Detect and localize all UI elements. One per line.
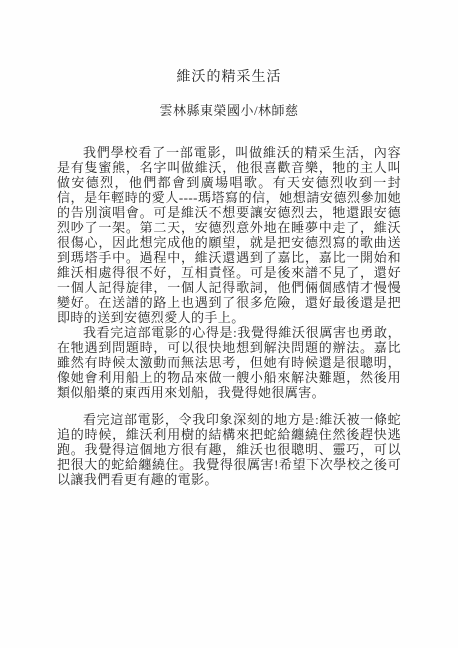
essay-body: 我們學校看了一部電影，叫做維沃的精采生活，內容是有隻蜜熊，名字叫做維沃，他很喜歡… — [57, 145, 401, 487]
essay-title: 維沃的精采生活 — [57, 66, 401, 86]
essay-paragraph-3: 看完這部電影，令我印象深刻的地方是:維沃被一條蛇追的時候，維沃利用樹的結構來把蛇… — [57, 412, 401, 487]
document-page: 維沃的精采生活 雲林縣東榮國小/林師慈 我們學校看了一部電影，叫做維沃的精采生活… — [0, 0, 458, 648]
essay-paragraph-1: 我們學校看了一部電影，叫做維沃的精采生活，內容是有隻蜜熊，名字叫做維沃，他很喜歡… — [57, 145, 401, 325]
essay-byline: 雲林縣東榮國小/林師慈 — [57, 100, 401, 119]
essay-paragraph-2: 我看完這部電影的心得是:我覺得維沃很厲害也勇敢，在牠遇到問題時，可以很快地想到解… — [57, 325, 401, 400]
